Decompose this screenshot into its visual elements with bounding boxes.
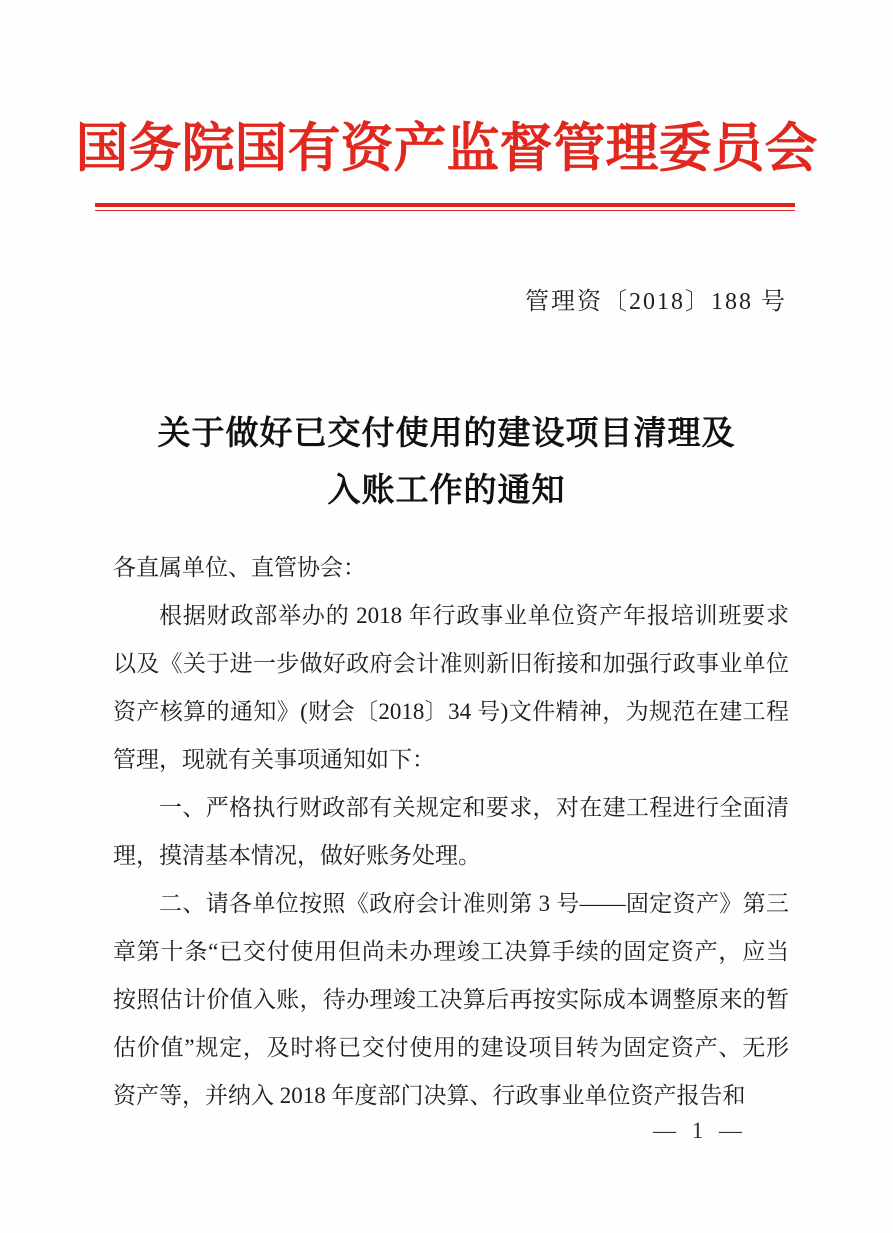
paragraph-item-2: 二、请各单位按照《政府会计准则第 3 号——固定资产》第三章第十条“已交付使用但… [113, 880, 789, 1120]
document-reference-number: 管理资〔2018〕188 号 [525, 281, 787, 316]
letterhead-org-name: 国务院国有资产监督管理委员会 [0, 118, 893, 180]
notice-title-line1: 关于做好已交付使用的建设项目清理及 [0, 406, 893, 463]
paragraph-intro: 根据财政部举办的 2018 年行政事业单位资产年报培训班要求以及《关于进一步做好… [113, 592, 789, 784]
page-number: — 1 — [653, 1118, 747, 1144]
document-page: 国务院国有资产监督管理委员会 管理资〔2018〕188 号 关于做好已交付使用的… [0, 0, 893, 1233]
notice-title: 关于做好已交付使用的建设项目清理及 入账工作的通知 [0, 406, 893, 520]
notice-body: 各直属单位、直管协会： 根据财政部举办的 2018 年行政事业单位资产年报培训班… [113, 544, 789, 1120]
letterhead-separator-rule [95, 203, 795, 211]
salutation: 各直属单位、直管协会： [113, 544, 789, 592]
paragraph-item-1: 一、严格执行财政部有关规定和要求，对在建工程进行全面清理，摸清基本情况，做好账务… [113, 784, 789, 880]
notice-title-line2: 入账工作的通知 [0, 463, 893, 520]
